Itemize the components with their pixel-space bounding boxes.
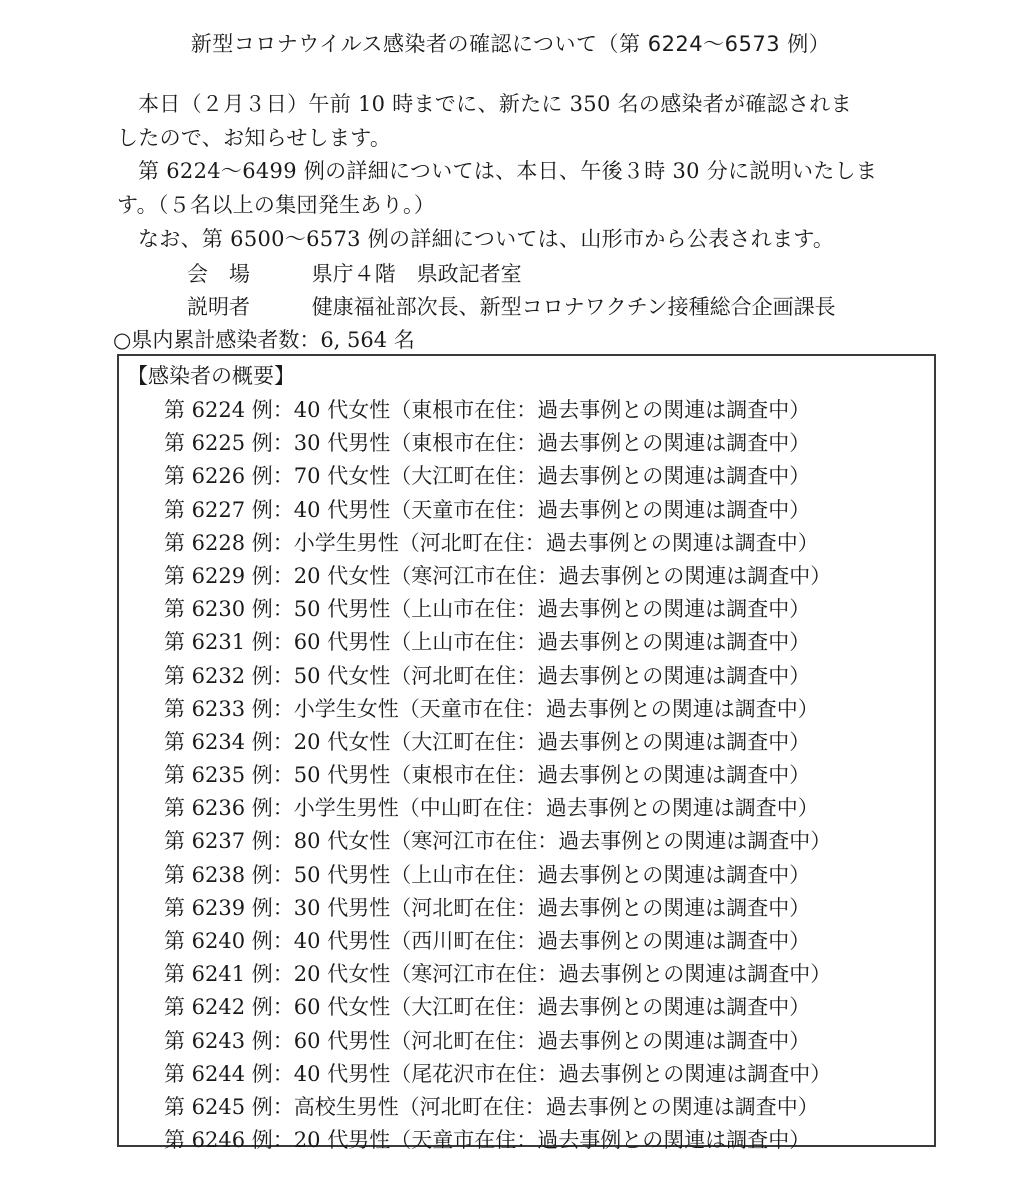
presenter-value: 健康福祉部次長、新型コロナワクチン接種総合企画課長 — [312, 295, 836, 319]
case-item: 第 6244 例：40 代男性（尾花沢市在住：過去事例との関連は調査中） — [164, 1058, 831, 1091]
announcement-paragraph: 本日（２月３日）午前 10 時までに、新たに 350 名の感染者が確認されま し… — [117, 88, 917, 155]
case-item: 第 6237 例：80 代女性（寒河江市在住：過去事例との関連は調査中） — [164, 825, 831, 858]
case-list: 第 6224 例：40 代女性（東根市在住：過去事例との関連は調査中） 第 62… — [164, 394, 831, 1157]
briefing-paragraph: 第 6224～6499 例の詳細については、本日、午後３時 30 分に説明いたし… — [117, 155, 917, 222]
case-item: 第 6245 例：高校生男性（河北町在住：過去事例との関連は調査中） — [164, 1091, 831, 1124]
announcement-line-2: したので、お知らせします。 — [117, 122, 917, 156]
case-item: 第 6225 例：30 代男性（東根市在住：過去事例との関連は調査中） — [164, 427, 831, 460]
case-summary-box: 【感染者の概要】 第 6224 例：40 代女性（東根市在住：過去事例との関連は… — [117, 354, 936, 1147]
announcement-line-1: 本日（２月３日）午前 10 時までに、新たに 350 名の感染者が確認されま — [117, 88, 917, 122]
venue-value: 県庁４階 県政記者室 — [312, 262, 522, 286]
case-item: 第 6241 例：20 代女性（寒河江市在住：過去事例との関連は調査中） — [164, 958, 831, 991]
presenter-label: 説明者 — [187, 291, 305, 321]
case-item: 第 6235 例：50 代男性（東根市在住：過去事例との関連は調査中） — [164, 759, 831, 792]
case-item: 第 6240 例：40 代男性（西川町在住：過去事例との関連は調査中） — [164, 925, 831, 958]
document-title: 新型コロナウイルス感染者の確認について（第 6224～6573 例） — [0, 28, 1021, 58]
case-item: 第 6238 例：50 代男性（上山市在住：過去事例との関連は調査中） — [164, 859, 831, 892]
case-item: 第 6229 例：20 代女性（寒河江市在住：過去事例との関連は調査中） — [164, 560, 831, 593]
presenter-row: 説明者 健康福祉部次長、新型コロナワクチン接種総合企画課長 — [187, 291, 836, 321]
case-item: 第 6232 例：50 代女性（河北町在住：過去事例との関連は調査中） — [164, 660, 831, 693]
venue-row: 会 場 県庁４階 県政記者室 — [187, 258, 522, 288]
case-summary-heading: 【感染者の概要】 — [127, 360, 295, 390]
yamagata-city-note-line: なお、第 6500～6573 例の詳細については、山形市から公表されます。 — [117, 223, 917, 257]
case-item: 第 6227 例：40 代男性（天童市在住：過去事例との関連は調査中） — [164, 494, 831, 527]
case-item: 第 6231 例：60 代男性（上山市在住：過去事例との関連は調査中） — [164, 626, 831, 659]
case-item: 第 6242 例：60 代女性（大江町在住：過去事例との関連は調査中） — [164, 991, 831, 1024]
case-item: 第 6230 例：50 代男性（上山市在住：過去事例との関連は調査中） — [164, 593, 831, 626]
case-item: 第 6224 例：40 代女性（東根市在住：過去事例との関連は調査中） — [164, 394, 831, 427]
case-item: 第 6233 例：小学生女性（天童市在住：過去事例との関連は調査中） — [164, 693, 831, 726]
case-item: 第 6246 例：20 代男性（天童市在住：過去事例との関連は調査中） — [164, 1124, 831, 1157]
briefing-line-1: 第 6224～6499 例の詳細については、本日、午後３時 30 分に説明いたし… — [117, 155, 917, 189]
case-item: 第 6226 例：70 代女性（大江町在住：過去事例との関連は調査中） — [164, 460, 831, 493]
briefing-line-2: す。（５名以上の集団発生あり。） — [117, 189, 917, 223]
case-item: 第 6228 例：小学生男性（河北町在住：過去事例との関連は調査中） — [164, 527, 831, 560]
case-item: 第 6243 例：60 代男性（河北町在住：過去事例との関連は調査中） — [164, 1025, 831, 1058]
case-item: 第 6236 例：小学生男性（中山町在住：過去事例との関連は調査中） — [164, 792, 831, 825]
case-item: 第 6239 例：30 代男性（河北町在住：過去事例との関連は調査中） — [164, 892, 831, 925]
cumulative-count: ○県内累計感染者数：6, 564 名 — [113, 324, 415, 354]
yamagata-city-note: なお、第 6500～6573 例の詳細については、山形市から公表されます。 — [117, 223, 917, 257]
venue-label: 会 場 — [187, 258, 305, 288]
case-item: 第 6234 例：20 代女性（大江町在住：過去事例との関連は調査中） — [164, 726, 831, 759]
